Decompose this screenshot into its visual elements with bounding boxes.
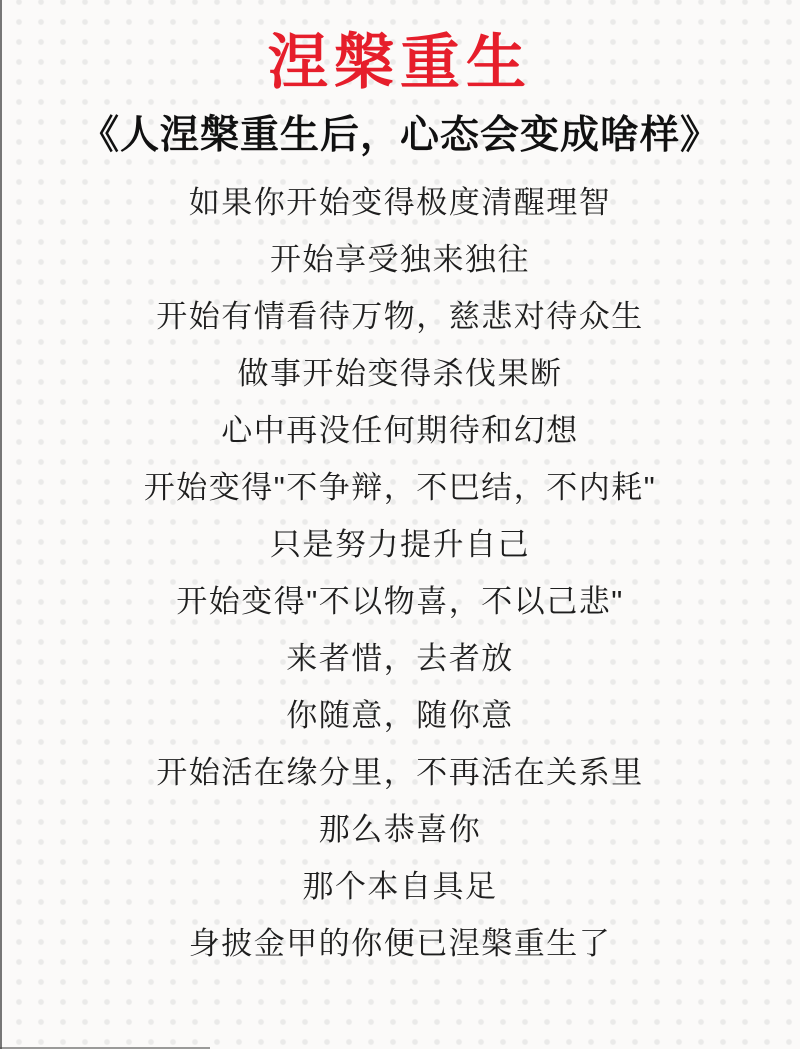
body-line: 那个本自具足 xyxy=(0,855,800,912)
body-line: 如果你开始变得极度清醒理智 xyxy=(0,171,800,228)
body-line: 那么恭喜你 xyxy=(0,798,800,855)
body-line: 开始变得"不争辩，不巴结，不内耗" xyxy=(0,456,800,513)
body-line: 只是努力提升自己 xyxy=(0,513,800,570)
body-line: 心中再没任何期待和幻想 xyxy=(0,399,800,456)
body-line: 来者惜，去者放 xyxy=(0,627,800,684)
page-subtitle: 《人涅槃重生后，心态会变成啥样》 xyxy=(0,112,800,161)
body-line: 开始享受独来独往 xyxy=(0,228,800,285)
body-line: 开始变得"不以物喜，不以己悲" xyxy=(0,570,800,627)
poster-page: 涅槃重生 《人涅槃重生后，心态会变成啥样》 如果你开始变得极度清醒理智 开始享受… xyxy=(0,0,800,1049)
body-line: 身披金甲的你便已涅槃重生了 xyxy=(0,912,800,969)
page-title: 涅槃重生 xyxy=(0,30,800,96)
body-line: 做事开始变得杀伐果断 xyxy=(0,342,800,399)
body-line: 开始有情看待万物，慈悲对待众生 xyxy=(0,285,800,342)
body-line: 你随意，随你意 xyxy=(0,684,800,741)
body-line: 开始活在缘分里，不再活在关系里 xyxy=(0,741,800,798)
body-text-block: 如果你开始变得极度清醒理智 开始享受独来独往 开始有情看待万物，慈悲对待众生 做… xyxy=(0,171,800,969)
